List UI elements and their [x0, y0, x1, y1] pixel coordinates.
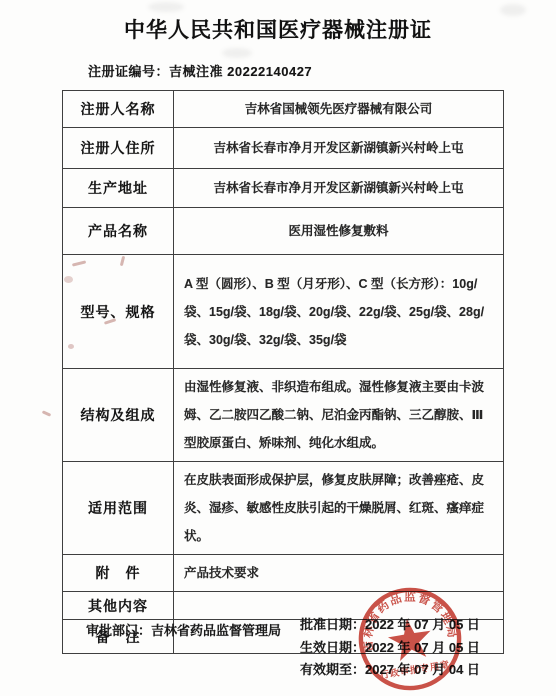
- row-value-structure-composition: 由湿性修复液、非织造布组成。湿性修复液主要由卡波姆、乙二胺四乙酸二钠、尼泊金丙酯…: [174, 369, 504, 462]
- registration-number-value: 吉械注准 20222140427: [169, 64, 312, 79]
- approval-date-label: 批准日期：: [300, 617, 365, 632]
- expiry-date-value: 2027 年 07 月 04 日: [365, 662, 480, 677]
- row-value-attachment: 产品技术要求: [174, 555, 504, 592]
- table-row: 产品名称 医用湿性修复敷料: [63, 208, 504, 255]
- table-row: 注册人名称 吉林省国械领先医疗器械有限公司: [63, 91, 504, 128]
- certificate-page: { "document": { "title": "中华人民共和国医疗器械注册证…: [0, 0, 556, 696]
- table-row: 生产地址 吉林省长春市净月开发区新湖镇新兴村岭上屯: [63, 169, 504, 208]
- row-label-attachment: 附 件: [63, 555, 174, 592]
- table-row: 型号、规格 A 型（圆形）、B 型（月牙形）、C 型（长方形）：10g/袋、15…: [63, 255, 504, 369]
- row-label-structure-composition: 结构及组成: [63, 369, 174, 462]
- effective-date-line: 生效日期：2022 年 07 月 05 日: [300, 637, 480, 660]
- table-row: 适用范围 在皮肤表面形成保护层，修复皮肤屏障；改善痤疮、皮炎、湿疹、敏感性皮肤引…: [63, 462, 504, 555]
- row-label-model-spec: 型号、规格: [63, 255, 174, 369]
- approval-department-value: 吉林省药品监督管理局: [151, 623, 281, 638]
- row-label-registrant-name: 注册人名称: [63, 91, 174, 128]
- certificate-table: 注册人名称 吉林省国械领先医疗器械有限公司 注册人住所 吉林省长春市净月开发区新…: [62, 90, 504, 654]
- registration-number-line: 注册证编号：吉械注准 20222140427: [88, 61, 312, 80]
- row-label-other-content: 其他内容: [63, 592, 174, 620]
- document-title: 中华人民共和国医疗器械注册证: [0, 14, 556, 44]
- row-value-registrant-name: 吉林省国械领先医疗器械有限公司: [174, 91, 504, 128]
- expiry-date-label: 有效期至：: [300, 662, 365, 677]
- row-label-scope-of-application: 适用范围: [63, 462, 174, 555]
- effective-date-value: 2022 年 07 月 05 日: [365, 640, 480, 655]
- row-label-production-address: 生产地址: [63, 169, 174, 208]
- table-row: 注册人住所 吉林省长春市净月开发区新湖镇新兴村岭上屯: [63, 128, 504, 169]
- row-value-product-name: 医用湿性修复敷料: [174, 208, 504, 255]
- row-label-product-name: 产品名称: [63, 208, 174, 255]
- effective-date-label: 生效日期：: [300, 640, 365, 655]
- row-value-scope-of-application: 在皮肤表面形成保护层，修复皮肤屏障；改善痤疮、皮炎、湿疹、敏感性皮肤引起的干燥脱…: [174, 462, 504, 555]
- table-row: 附 件 产品技术要求: [63, 555, 504, 592]
- approval-department-line: 审批部门：吉林省药品监督管理局: [86, 620, 281, 639]
- expiry-date-line: 有效期至：2027 年 07 月 04 日: [300, 659, 480, 682]
- registration-number-label: 注册证编号：: [88, 64, 169, 79]
- scan-smudge: [222, 48, 252, 58]
- row-value-model-spec: A 型（圆形）、B 型（月牙形）、C 型（长方形）：10g/袋、15g/袋、18…: [174, 255, 504, 369]
- row-value-production-address: 吉林省长春市净月开发区新湖镇新兴村岭上屯: [174, 169, 504, 208]
- row-label-registrant-address: 注册人住所: [63, 128, 174, 169]
- approval-date-line: 批准日期：2022 年 07 月 05 日: [300, 614, 480, 637]
- approval-department-label: 审批部门：: [86, 623, 151, 638]
- scan-smudge: [148, 2, 184, 12]
- row-value-registrant-address: 吉林省长春市净月开发区新湖镇新兴村岭上屯: [174, 128, 504, 169]
- ink-smudge: [42, 410, 51, 416]
- table-row: 结构及组成 由湿性修复液、非织造布组成。湿性修复液主要由卡波姆、乙二胺四乙酸二钠…: [63, 369, 504, 462]
- approval-date-value: 2022 年 07 月 05 日: [365, 617, 480, 632]
- date-block: 批准日期：2022 年 07 月 05 日 生效日期：2022 年 07 月 0…: [300, 614, 480, 682]
